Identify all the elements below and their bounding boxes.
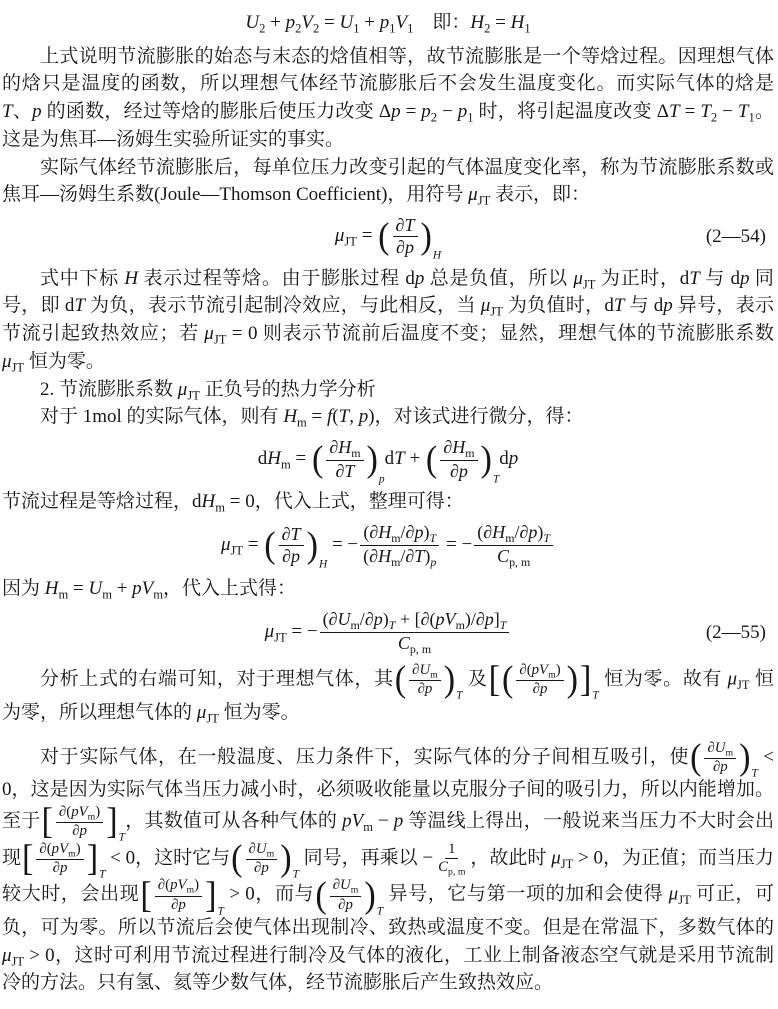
- math-variable: T: [493, 473, 499, 485]
- text-run: 同号，再乘以 −: [299, 847, 433, 868]
- numerator: ∂(pVm): [36, 841, 83, 860]
- text-run: =: [319, 12, 339, 33]
- numerator: 1: [445, 841, 458, 859]
- text-run: 与 d: [700, 268, 740, 289]
- math-variable: p: [32, 101, 42, 122]
- math-variable: μ: [335, 225, 345, 246]
- subscript: T: [752, 768, 758, 779]
- close-bracket: ]: [105, 804, 118, 841]
- numerator: ∂(pVm): [516, 662, 563, 681]
- text-run: =: [68, 578, 88, 599]
- paragraph-isenthalpic-substitute: 节流过程是等焓过程，dHm = 0，代入上式，整理可得：: [2, 488, 774, 516]
- math-variable: H: [283, 406, 297, 427]
- math-variable: H: [267, 448, 281, 469]
- math-variable: T: [500, 618, 507, 632]
- text-run: +: [359, 12, 379, 33]
- text-run: ，故此时: [470, 847, 551, 868]
- open-bracket: (: [377, 218, 390, 255]
- text-run: +: [265, 12, 285, 33]
- math-variable: T: [99, 868, 105, 880]
- subscript: m: [351, 618, 360, 632]
- math-variable: ∂p: [365, 609, 383, 629]
- math-variable: p: [286, 12, 296, 33]
- fenced-expression: (∂Hm∂T)p: [311, 437, 385, 482]
- math-variable: ∂U: [249, 841, 267, 857]
- text-run: 节流过程是等焓过程，d: [2, 491, 202, 512]
- math-variable: H: [124, 268, 138, 289]
- close-bracket: ): [566, 662, 579, 699]
- close-bracket: ): [306, 527, 319, 564]
- math-variable: pV: [71, 804, 87, 820]
- text-run: = −: [441, 534, 472, 555]
- fence-body: ∂(pVm)∂p: [34, 841, 85, 878]
- text-run: ，代入上式得：: [163, 578, 296, 599]
- math-variable: p: [394, 811, 404, 832]
- math-variable: ∂U: [412, 662, 430, 678]
- display-equation-mu-derivation: μJT = (∂T∂p)H = −(∂Hm/∂p)T(∂Hm/∂T)p = −(…: [2, 522, 774, 569]
- text-run: 上式说明节流膨胀的始态与末态的焓值相等，故节流膨胀是一个等焓过程。因理想气体的焓…: [2, 46, 774, 95]
- text-run: = −: [327, 534, 358, 555]
- text-run: 恒为零。故有: [599, 669, 728, 690]
- fence-body: ∂T∂p: [391, 215, 420, 259]
- fraction: ∂Um∂p: [704, 740, 736, 777]
- subscript: m: [351, 446, 360, 460]
- fence-body: ∂(pVm)∂p: [153, 877, 204, 914]
- subscript: p, m: [410, 642, 431, 656]
- math-variable: ∂p: [418, 681, 433, 697]
- equation-number: (2—54): [706, 223, 766, 251]
- open-bracket: (: [425, 441, 438, 478]
- fence-body: ∂(pVm)∂p: [54, 804, 105, 841]
- math-variable: T: [377, 905, 383, 917]
- text-run: 及: [463, 669, 488, 690]
- text-run: 对于实际气体，在一般温度、压力条件下，实际气体的分子间相互吸引，使: [40, 746, 689, 767]
- math-variable: p: [458, 101, 468, 122]
- subscript: m: [726, 747, 734, 758]
- fenced-expression: (∂Hm∂p)T: [425, 437, 499, 482]
- text-run: =: [357, 225, 377, 246]
- math-variable: p: [380, 12, 390, 33]
- math-variable: H: [45, 578, 59, 599]
- subscript: m: [430, 670, 438, 681]
- text-run: =: [307, 406, 327, 427]
- subscript: T: [99, 869, 105, 880]
- text-run: −: [373, 811, 394, 832]
- text-run: 的函数，经过等焓的膨胀后使压力改变 Δ: [42, 101, 391, 122]
- math-variable: ∂: [421, 609, 430, 629]
- open-bracket: [: [41, 804, 54, 841]
- math-variable: μ: [669, 884, 679, 905]
- math-variable: ∂p: [396, 237, 414, 257]
- math-variable: ∂H: [483, 522, 505, 542]
- text-run: +: [405, 448, 425, 469]
- math-variable: pV: [132, 578, 153, 599]
- math-variable: ∂p: [533, 681, 548, 697]
- denominator: ∂p: [447, 461, 471, 482]
- open-bracket: [: [139, 877, 152, 914]
- denominator: Cp, m: [435, 859, 468, 877]
- subscript: T: [456, 691, 462, 702]
- subscript: JT: [478, 194, 491, 208]
- fraction: ∂(pVm)∂p: [516, 662, 563, 699]
- text-run: 2. 节流膨胀系数: [40, 379, 178, 400]
- paragraph-sign-discussion: 式中下标 H 表示过程等焓。由于膨胀过程 dp 总是负值，所以 μJT 为正时，…: [2, 265, 774, 376]
- math-variable: V: [301, 12, 313, 33]
- numerator: ∂T: [393, 215, 418, 237]
- subscript: JT: [274, 630, 287, 644]
- text-run: 恒为零。: [24, 351, 105, 372]
- subscript: T: [293, 869, 299, 880]
- equation-number: (2—55): [706, 619, 766, 647]
- math-variable: C: [398, 633, 410, 653]
- math-variable: p: [379, 473, 385, 485]
- text-run: 为负，表示节流引起制冷效应，与此相反，当: [85, 295, 481, 316]
- subscript: JT: [678, 893, 691, 907]
- math-variable: pV: [436, 609, 456, 629]
- equation-math: U2 + p2V2 = U1 + p1V1 即：H2 = H1: [245, 12, 530, 33]
- fraction: ∂Hm∂p: [440, 437, 477, 482]
- subscript: m: [59, 588, 69, 602]
- display-equation-total-differential: dHm = (∂Hm∂T)pdT + (∂Hm∂p)Tdp: [2, 437, 774, 482]
- subscript: T: [543, 531, 550, 545]
- denominator: ∂p: [393, 237, 417, 258]
- math-variable: ∂p: [53, 860, 68, 876]
- subscript: JT: [12, 954, 25, 968]
- open-bracket: (: [689, 739, 702, 776]
- math-variable: ∂p: [282, 546, 300, 566]
- text-run: d: [258, 448, 268, 469]
- fenced-expression: [∂(pVm)∂p]T: [139, 877, 223, 914]
- subscript: T: [500, 618, 507, 632]
- math-variable: T: [293, 868, 299, 880]
- fenced-expression: (∂Um∂p)T: [689, 740, 758, 777]
- math-variable: p: [415, 268, 425, 289]
- text-run: ): [194, 877, 199, 893]
- math-variable: H: [319, 559, 327, 571]
- display-equation-2-55: μJT = −(∂Um/∂p)T + [∂(pVm)/∂p]TCp, m (2—…: [2, 609, 774, 656]
- math-variable: T: [592, 690, 598, 702]
- paragraph-jt-coefficient-intro: 实际气体经节流膨胀后，每单位压力改变引起的气体温度变化率，称为节流膨胀系数或焦耳…: [2, 154, 774, 209]
- denominator: ∂T: [332, 461, 357, 482]
- math-variable: H: [511, 12, 525, 33]
- open-bracket: (: [230, 841, 243, 878]
- numerator: ∂T: [279, 524, 304, 546]
- text-run: +: [112, 578, 132, 599]
- math-variable: T: [2, 101, 13, 122]
- fraction: ∂(pVm)∂p: [155, 877, 202, 914]
- text-run: =: [490, 12, 510, 33]
- close-bracket: ): [420, 218, 433, 255]
- text-run: 为正时，d: [595, 268, 689, 289]
- fence-body: ∂Hm∂T: [324, 437, 365, 482]
- subscript: JT: [206, 711, 219, 725]
- heading-thermodynamic-analysis: 2. 节流膨胀系数 μJT 正负号的热力学分析: [2, 376, 774, 404]
- math-variable: T: [738, 101, 749, 122]
- subscript: m: [187, 885, 195, 896]
- text-run: = 0 则表示节流前后温度不变；显然，理想气体的节流膨胀系数: [226, 323, 774, 344]
- subscript: T: [493, 474, 499, 485]
- math-variable: ∂p: [171, 897, 186, 913]
- text-run: ): [556, 662, 561, 678]
- text-run: −: [437, 101, 458, 122]
- math-variable: μ: [197, 702, 207, 723]
- subscript: m: [363, 820, 373, 834]
- math-variable: ∂U: [707, 740, 725, 756]
- math-variable: p: [430, 555, 436, 569]
- subscript: JT: [12, 360, 25, 374]
- math-variable: ∂H: [369, 546, 391, 566]
- math-variable: ∂p: [713, 759, 728, 775]
- text-run: 对于 1mol 的实际气体，则有: [40, 406, 283, 427]
- subscript: m: [391, 531, 400, 545]
- math-variable: T: [339, 406, 350, 427]
- math-variable: T: [689, 268, 700, 289]
- equation-math: μJT = (∂T∂p)H: [335, 225, 441, 246]
- fraction: 1Cp, m: [435, 841, 468, 878]
- text-run: d: [385, 448, 395, 469]
- paragraph-differential-setup: 对于 1mol 的实际气体，则有 Hm = f(T, p)，对该式进行微分，得：: [2, 403, 774, 431]
- subscript: m: [297, 416, 307, 430]
- math-variable: μ: [2, 351, 12, 372]
- text-run: 、: [13, 101, 33, 122]
- fraction: ∂Um∂p: [246, 841, 278, 878]
- fenced-expression: [∂(pVm)∂p]T: [41, 804, 125, 841]
- fraction: ∂Um∂p: [409, 662, 441, 699]
- text-run: =: [291, 448, 311, 469]
- fenced-expression: (∂T∂p)H: [263, 524, 327, 568]
- text-run: )，对该式进行微分，得：: [368, 406, 583, 427]
- math-variable: ∂: [519, 662, 526, 678]
- fenced-expression: (∂Um∂p)T: [314, 877, 383, 914]
- math-variable: T: [543, 531, 550, 545]
- numerator: ∂Um: [246, 841, 278, 860]
- subscript: p: [430, 555, 436, 569]
- fraction: ∂(pVm)∂p: [36, 841, 83, 878]
- subscript: m: [153, 588, 163, 602]
- math-variable: C: [438, 859, 448, 875]
- close-bracket: ): [366, 441, 379, 478]
- text-run: 实际气体经节流膨胀后，每单位压力改变引起的气体温度变化率，称为节流膨胀系数或焦耳…: [2, 157, 774, 206]
- denominator: ∂p: [251, 860, 272, 877]
- open-bracket: (: [263, 527, 276, 564]
- fraction: (∂Hm/∂p)TCp, m: [474, 522, 553, 569]
- math-variable: T: [394, 448, 405, 469]
- open-bracket: (: [314, 877, 327, 914]
- math-variable: μ: [551, 847, 561, 868]
- subscript: m: [548, 670, 556, 681]
- denominator: ∂p: [335, 897, 356, 914]
- subscript: m: [456, 618, 465, 632]
- subscript: JT: [737, 678, 750, 692]
- math-variable: μ: [204, 323, 214, 344]
- text-run: ): [76, 841, 81, 857]
- subscript: T: [217, 906, 223, 917]
- numerator: (∂Um/∂p)T + [∂(pVm)/∂p]T: [320, 609, 510, 633]
- fence-body: ∂Hm∂p: [438, 437, 479, 482]
- text-run: 表示过程等焓。由于膨胀过程 d: [138, 268, 415, 289]
- denominator: Cp, m: [395, 633, 434, 656]
- math-variable: T: [669, 101, 680, 122]
- math-variable: C: [497, 546, 509, 566]
- denominator: Cp, m: [494, 546, 533, 569]
- math-variable: ∂p: [450, 461, 468, 481]
- math-variable: ∂U: [333, 877, 351, 893]
- math-variable: ∂T: [405, 546, 424, 566]
- text-run: = −: [287, 621, 318, 642]
- numerator: ∂(pVm): [155, 877, 202, 896]
- subscript: m: [68, 848, 76, 859]
- math-variable: p: [509, 448, 519, 469]
- math-variable: ∂H: [329, 437, 351, 457]
- math-variable: pV: [170, 877, 186, 893]
- math-variable: T: [700, 101, 711, 122]
- subscript: JT: [187, 388, 200, 402]
- text-run: 为负值时，d: [503, 295, 614, 316]
- math-variable: μ: [2, 945, 12, 966]
- document-page: U2 + p2V2 = U1 + p1V1 即：H2 = H1 上式说明节流膨胀…: [0, 0, 778, 1009]
- math-variable: ∂p: [406, 522, 424, 542]
- fraction: ∂T∂p: [393, 215, 418, 259]
- denominator: ∂p: [279, 546, 303, 567]
- open-bracket: (: [394, 662, 407, 699]
- close-bracket: ]: [579, 662, 592, 699]
- subscript: JT: [344, 235, 357, 249]
- numerator: (∂Hm/∂p)T: [360, 522, 439, 546]
- subscript: T: [592, 691, 598, 702]
- subscript: m: [267, 848, 275, 859]
- denominator: ∂p: [415, 681, 436, 698]
- fraction: (∂Hm/∂p)T(∂Hm/∂T)p: [360, 522, 439, 569]
- paragraph-enthalpy-definition: 因为 Hm = Um + pVm，代入上式得：: [2, 575, 774, 603]
- paragraph-real-gas-analysis: 对于实际气体，在一般温度、压力条件下，实际气体的分子间相互吸引，使(∂Um∂p)…: [2, 740, 774, 998]
- math-variable: T: [217, 905, 223, 917]
- fence-body: ∂Um∂p: [244, 841, 280, 878]
- text-run: 式中下标: [40, 268, 124, 289]
- numerator: ∂Um: [409, 662, 441, 681]
- math-variable: ∂p: [254, 860, 269, 876]
- fenced-expression: (∂(pVm)∂p): [501, 662, 579, 699]
- fence-body: ∂Um∂p: [407, 662, 443, 699]
- text-run: > 0，而与: [224, 884, 315, 905]
- text-run: 因为: [2, 578, 45, 599]
- subscript: JT: [583, 277, 596, 291]
- math-variable: H: [470, 12, 484, 33]
- open-bracket: (: [501, 662, 514, 699]
- close-bracket: ): [363, 877, 376, 914]
- fraction: ∂Hm∂T: [326, 437, 363, 482]
- open-bracket: (: [311, 441, 324, 478]
- math-variable: p: [663, 295, 673, 316]
- math-variable: ∂U: [329, 609, 351, 629]
- math-variable: ∂p: [519, 522, 537, 542]
- subscript: m: [215, 501, 225, 515]
- text-run: 1: [448, 841, 455, 857]
- subscript: JT: [561, 857, 574, 871]
- subscript: H: [433, 251, 441, 262]
- subscript: T: [119, 833, 125, 844]
- subscript: H: [319, 560, 327, 571]
- subscript: p, m: [509, 555, 530, 569]
- text-run: 总是负值，所以: [424, 268, 573, 289]
- math-variable: H: [433, 250, 441, 262]
- math-variable: ∂T: [335, 461, 354, 481]
- fenced-expression: [∂(pVm)∂p]T: [21, 841, 105, 878]
- math-variable: p: [391, 101, 401, 122]
- text-run: ): [95, 804, 100, 820]
- math-variable: U: [88, 578, 102, 599]
- subscript: JT: [490, 305, 503, 319]
- numerator: ∂Um: [330, 877, 362, 896]
- text-run: > 0，这时可利用节流过程进行制冷及气体的液化，工业上制备液态空气就是采用节流制…: [2, 945, 774, 994]
- fence-body: ∂(pVm)∂p: [514, 662, 565, 699]
- math-variable: T: [456, 690, 462, 702]
- math-variable: U: [245, 12, 259, 33]
- math-variable: V: [395, 12, 407, 33]
- subscript: m: [351, 885, 359, 896]
- display-equation-enthalpy-balance: U2 + p2V2 = U1 + p1V1 即：H2 = H1: [2, 9, 774, 37]
- denominator: ∂p: [50, 860, 71, 877]
- subscript: T: [377, 906, 383, 917]
- math-variable: ∂H: [443, 437, 465, 457]
- math-variable: pV: [532, 662, 548, 678]
- fenced-expression: (∂Um∂p)T: [230, 841, 299, 878]
- math-variable: μ: [573, 268, 583, 289]
- text-run: 表示，即：: [490, 184, 590, 205]
- text-run: + [: [395, 609, 420, 629]
- denominator: (∂Hm/∂T)p: [360, 546, 439, 569]
- fence-body: ∂Um∂p: [702, 740, 738, 777]
- fraction: ∂Um∂p: [330, 877, 362, 914]
- denominator: ∂p: [710, 759, 731, 776]
- subscript: m: [102, 588, 112, 602]
- numerator: ∂Hm: [440, 437, 477, 461]
- text-run: 异号，它与第一项的加和会使得: [383, 884, 669, 905]
- math-variable: ∂H: [369, 522, 391, 542]
- text-run: 即：: [413, 12, 470, 33]
- subscript: p: [379, 474, 385, 485]
- math-variable: p: [359, 406, 369, 427]
- math-variable: T: [119, 832, 125, 844]
- math-variable: pV: [52, 841, 68, 857]
- close-bracket: ]: [204, 877, 217, 914]
- math-variable: T: [614, 295, 625, 316]
- numerator: (∂Hm/∂p)T: [474, 522, 553, 546]
- close-bracket: ): [480, 441, 493, 478]
- numerator: ∂(pVm): [56, 804, 103, 823]
- math-variable: p: [421, 101, 431, 122]
- denominator: ∂p: [530, 681, 551, 698]
- text-run: 正负号的热力学分析: [200, 379, 376, 400]
- display-equation-2-54: μJT = (∂T∂p)H (2—54): [2, 215, 774, 259]
- equation-math: dHm = (∂Hm∂T)pdT + (∂Hm∂p)Tdp: [258, 448, 519, 469]
- math-variable: μ: [178, 379, 188, 400]
- math-variable: T: [74, 295, 85, 316]
- math-variable: T: [430, 531, 437, 545]
- fenced-expression: (∂Um∂p)T: [394, 662, 463, 699]
- text-run: ,: [349, 406, 359, 427]
- fraction: (∂Um/∂p)T + [∂(pVm)/∂p]TCp, m: [320, 609, 510, 656]
- text-run: 时，将引起温度改变 Δ: [474, 101, 669, 122]
- math-variable: μ: [265, 621, 275, 642]
- math-variable: ∂T: [282, 524, 301, 544]
- math-variable: ∂p: [338, 897, 353, 913]
- subscript: JT: [230, 543, 243, 557]
- subscript: m: [465, 446, 474, 460]
- fence-body: ∂T∂p: [277, 524, 306, 568]
- math-variable: ∂p: [72, 823, 87, 839]
- text-run: )/: [465, 609, 476, 629]
- math-variable: ∂T: [396, 215, 415, 235]
